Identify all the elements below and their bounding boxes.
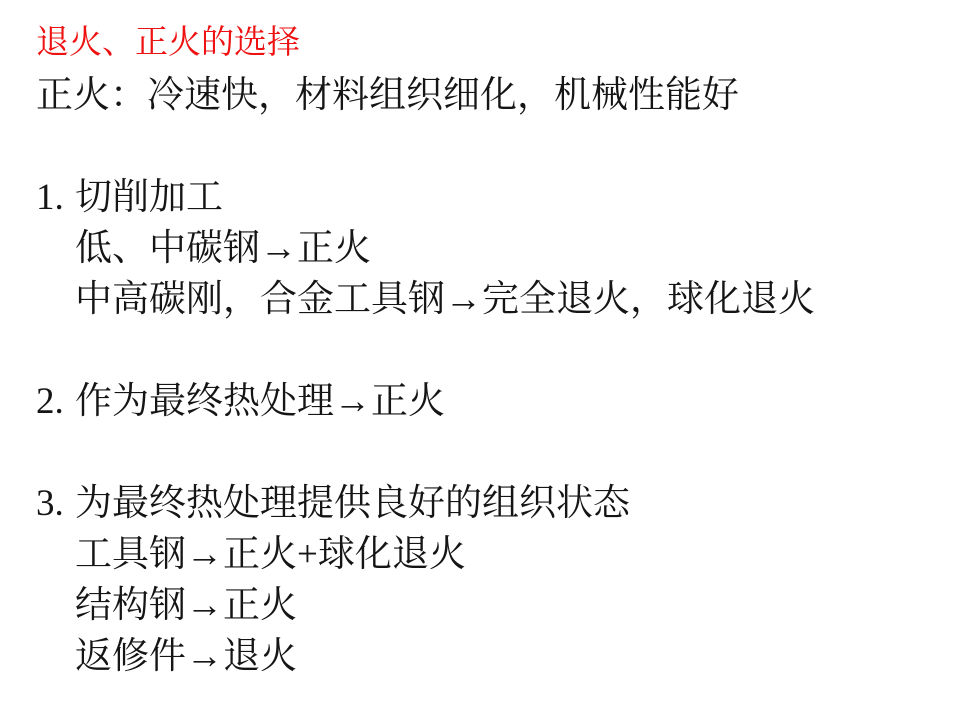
- slide-subtitle: 正火：冷速快，材料组织细化，机械性能好: [36, 70, 950, 121]
- list-item-3-subline-3: 返修件→退火: [36, 631, 950, 682]
- list-item-3-number: 3.: [36, 478, 75, 529]
- list-item-1-subline-2: 中高碳刚，合金工具钢→完全退火，球化退火: [36, 274, 950, 325]
- blank-line: [36, 121, 950, 172]
- list-item-2-heading: 作为最终热处理→正火: [75, 381, 445, 422]
- slide-title: 退火、正火的选择: [36, 16, 950, 70]
- list-item-3-subline-2: 结构钢→正火: [36, 580, 950, 631]
- list-item-1-heading: 切削加工: [75, 177, 223, 218]
- list-item-1: 1.切削加工: [36, 172, 950, 223]
- list-item-2: 2.作为最终热处理→正火: [36, 376, 950, 427]
- slide: 退火、正火的选择 正火：冷速快，材料组织细化，机械性能好 1.切削加工 低、中碳…: [0, 0, 960, 720]
- blank-line: [36, 427, 950, 478]
- list-item-2-number: 2.: [36, 376, 75, 427]
- blank-line: [36, 325, 950, 376]
- list-item-3: 3.为最终热处理提供良好的组织状态: [36, 478, 950, 529]
- list-item-3-heading: 为最终热处理提供良好的组织状态: [75, 483, 630, 524]
- list-item-1-number: 1.: [36, 172, 75, 223]
- list-item-3-subline-1: 工具钢→正火+球化退火: [36, 529, 950, 580]
- list-item-1-subline-1: 低、中碳钢→正火: [36, 223, 950, 274]
